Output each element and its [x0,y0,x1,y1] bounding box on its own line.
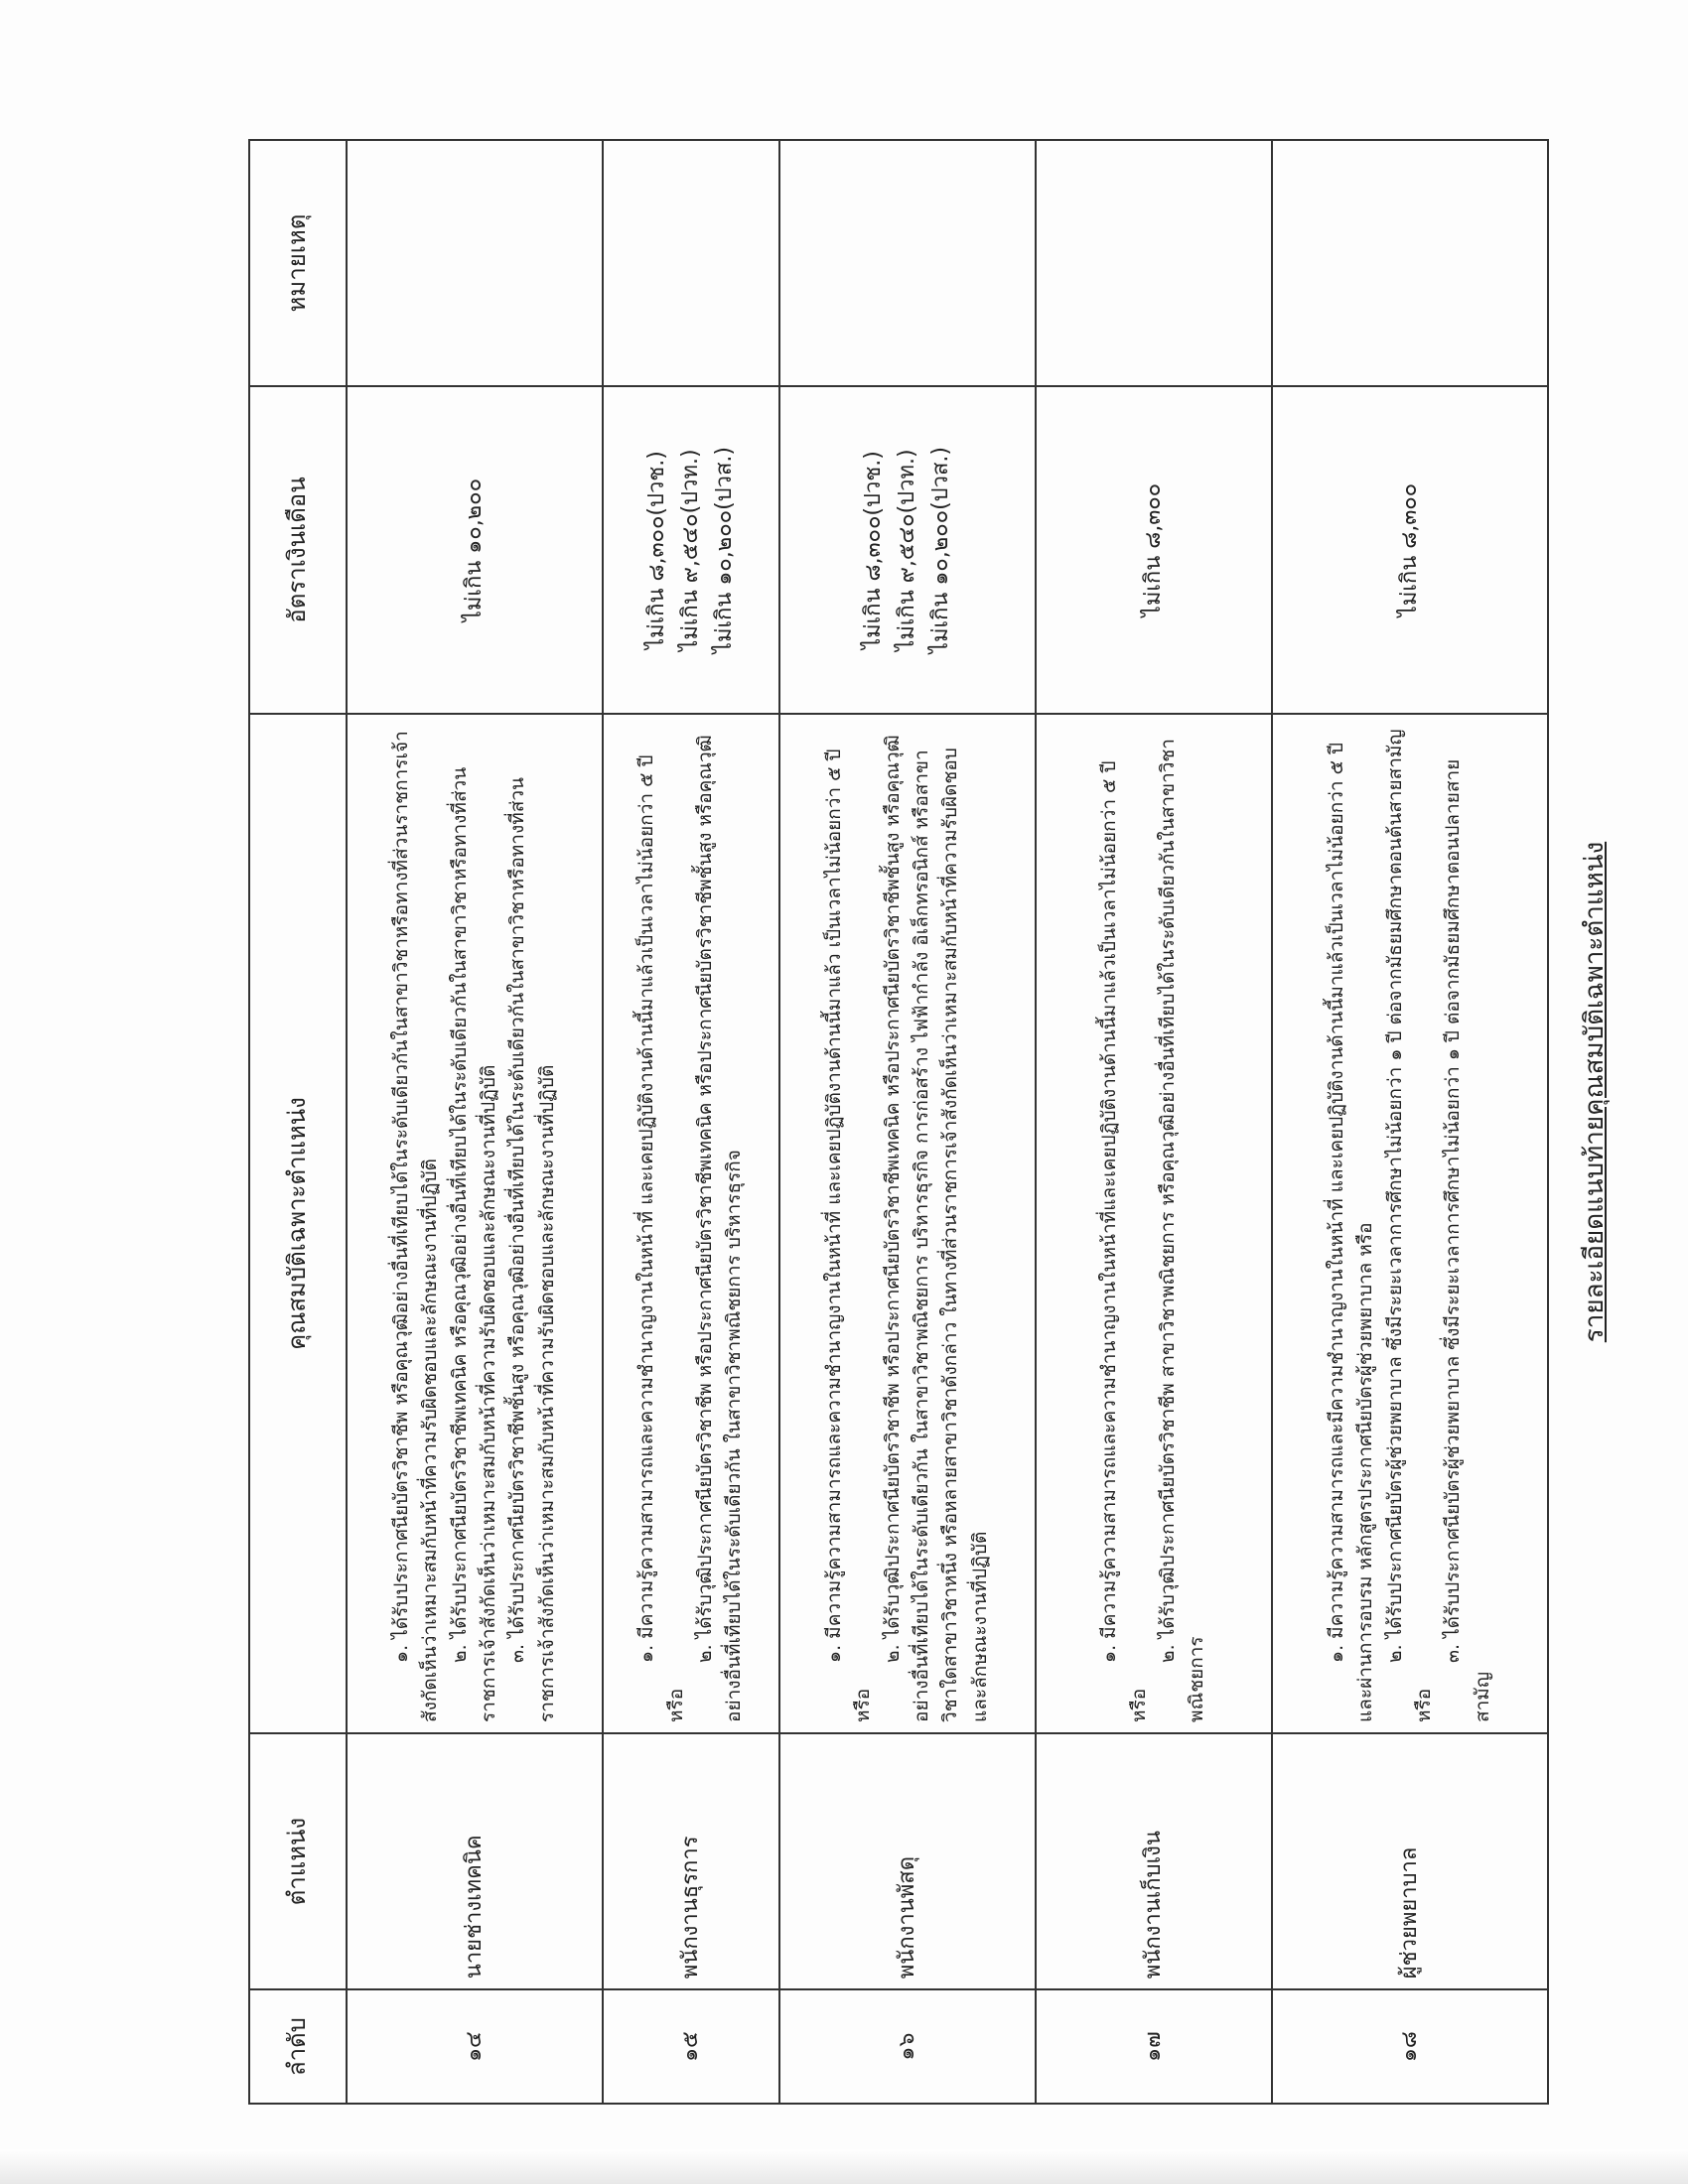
qualification-item: ๒. ได้รับวุฒิประกาศนียบัตรวิชาชีพ สาขาวิ… [1154,725,1212,1722]
row-number: ๑๘ [1272,1989,1548,2104]
header-no: ลำดับ [249,1989,347,2104]
qualification-cell: ๑. มีความรู้ความสามารถและมีความชำนาญงานใ… [1272,714,1548,1733]
qualification-item: ๓. ได้รับประกาศนียบัตรผู้ช่วยพยาบาล ซึ่ง… [1439,725,1497,1722]
header-qualification: คุณสมบัติเฉพาะตำแหน่ง [249,714,347,1733]
position-name: ผู้ช่วยพยาบาล [1272,1733,1548,1989]
qualification-item: ๒. ได้รับประกาศนียบัตรผู้ช่วยพยาบาล ซึ่ง… [1381,725,1440,1722]
row-number: ๑๕ [603,1989,779,2104]
qualification-item: ๒. ได้รับประกาศนียบัตรวิชาชีพเทคนิค หรือ… [446,725,504,1722]
note-cell [779,140,1036,386]
row-number: ๑๗ [1036,1989,1272,2104]
table-row: ๑๘ผู้ช่วยพยาบาล๑. มีความรู้ความสามารถและ… [1272,140,1548,2104]
salary-line: ไม่เกิน ๘,๓๐๐(ปวช.) [640,397,674,703]
rotated-content: รายละเอียดแนบท้ายคุณสมบัติเฉพาะตำแหน่ง ล… [0,0,1688,2184]
qualification-table: ลำดับ ตำแหน่ง คุณสมบัติเฉพาะตำแหน่ง อัตร… [248,139,1549,2105]
qualification-item: ๒. ได้รับวุฒิประกาศนียบัตรวิชาชีพ หรือปร… [879,725,996,1722]
note-cell [1036,140,1272,386]
table-row: ๑๕พนักงานธุรการ๑. มีความรู้ความสามารถและ… [603,140,779,2104]
qualification-cell: ๑. มีความรู้ความสามารถและความชำนาญงานในห… [779,714,1036,1733]
row-number: ๑๔ [347,1989,603,2104]
qualification-item: ๒. ได้รับวุฒิประกาศนียบัตรวิชาชีพ หรือปร… [691,725,750,1722]
position-name: พนักงานพัสดุ [779,1733,1036,1989]
salary-line: ไม่เกิน ๘,๓๐๐ [1393,397,1427,703]
position-name: พนักงานธุรการ [603,1733,779,1989]
note-cell [1272,140,1548,386]
qualification-item: ๑. มีความรู้ความสามารถและมีความชำนาญงานใ… [1323,725,1381,1722]
salary-line: ไม่เกิน ๙,๕๔๐(ปวท.) [891,397,924,703]
table-body: ๑๔นายช่างเทคนิค๑. ได้รับประกาศนียบัตรวิช… [347,140,1548,2104]
salary-cell: ไม่เกิน ๘,๓๐๐(ปวช.)ไม่เกิน ๙,๕๔๐(ปวท.)ไม… [603,386,779,714]
qualification-cell: ๑. มีความรู้ความสามารถและความชำนาญงานในห… [1036,714,1272,1733]
salary-line: ไม่เกิน ๘,๓๐๐(ปวช.) [857,397,891,703]
qualification-cell: ๑. มีความรู้ความสามารถและความชำนาญงานในห… [603,714,779,1733]
position-name: นายช่างเทคนิค [347,1733,603,1989]
position-name: พนักงานเก็บเงิน [1036,1733,1272,1989]
qualification-item: ๓. ได้รับประกาศนียบัตรวิชาชีพชั้นสูง หรื… [503,725,562,1722]
qualification-item: ๑. มีความรู้ความสามารถและความชำนาญงานในห… [633,725,691,1722]
salary-cell: ไม่เกิน ๘,๓๐๐(ปวช.)ไม่เกิน ๙,๕๔๐(ปวท.)ไม… [779,386,1036,714]
table-row: ๑๔นายช่างเทคนิค๑. ได้รับประกาศนียบัตรวิช… [347,140,603,2104]
header-position: ตำแหน่ง [249,1733,347,1989]
salary-line: ไม่เกิน ๙,๕๔๐(ปวท.) [674,397,708,703]
qualification-item: ๑. มีความรู้ความสามารถและความชำนาญงานในห… [1095,725,1154,1722]
salary-cell: ไม่เกิน ๘,๓๐๐ [1272,386,1548,714]
header-note: หมายเหตุ [249,140,347,386]
row-number: ๑๖ [779,1989,1036,2104]
salary-line: ไม่เกิน ๑๐,๒๐๐ [458,397,492,703]
salary-line: ไม่เกิน ๘,๓๐๐ [1137,397,1171,703]
scanned-page: รายละเอียดแนบท้ายคุณสมบัติเฉพาะตำแหน่ง ล… [0,0,1688,2184]
qualification-item: ๑. ได้รับประกาศนียบัตรวิชาชีพ หรือคุณวุฒ… [387,725,446,1722]
salary-line: ไม่เกิน ๑๐,๒๐๐(ปวส.) [708,397,742,703]
qualification-cell: ๑. ได้รับประกาศนียบัตรวิชาชีพ หรือคุณวุฒ… [347,714,603,1733]
salary-cell: ไม่เกิน ๑๐,๒๐๐ [347,386,603,714]
table-header-row: ลำดับ ตำแหน่ง คุณสมบัติเฉพาะตำแหน่ง อัตร… [249,140,347,2104]
table-row: ๑๗พนักงานเก็บเงิน๑. มีความรู้ความสามารถแ… [1036,140,1272,2104]
document-title: รายละเอียดแนบท้ายคุณสมบัติเฉพาะตำแหน่ง [1574,0,1615,2184]
table-row: ๑๖พนักงานพัสดุ๑. มีความรู้ความสามารถและค… [779,140,1036,2104]
note-cell [603,140,779,386]
note-cell [347,140,603,386]
scan-edge [0,2149,1688,2184]
salary-line: ไม่เกิน ๑๐,๒๐๐(ปวส.) [924,397,958,703]
salary-cell: ไม่เกิน ๘,๓๐๐ [1036,386,1272,714]
header-salary: อัตราเงินเดือน [249,386,347,714]
qualification-item: ๑. มีความรู้ความสามารถและความชำนาญงานในห… [820,725,879,1722]
